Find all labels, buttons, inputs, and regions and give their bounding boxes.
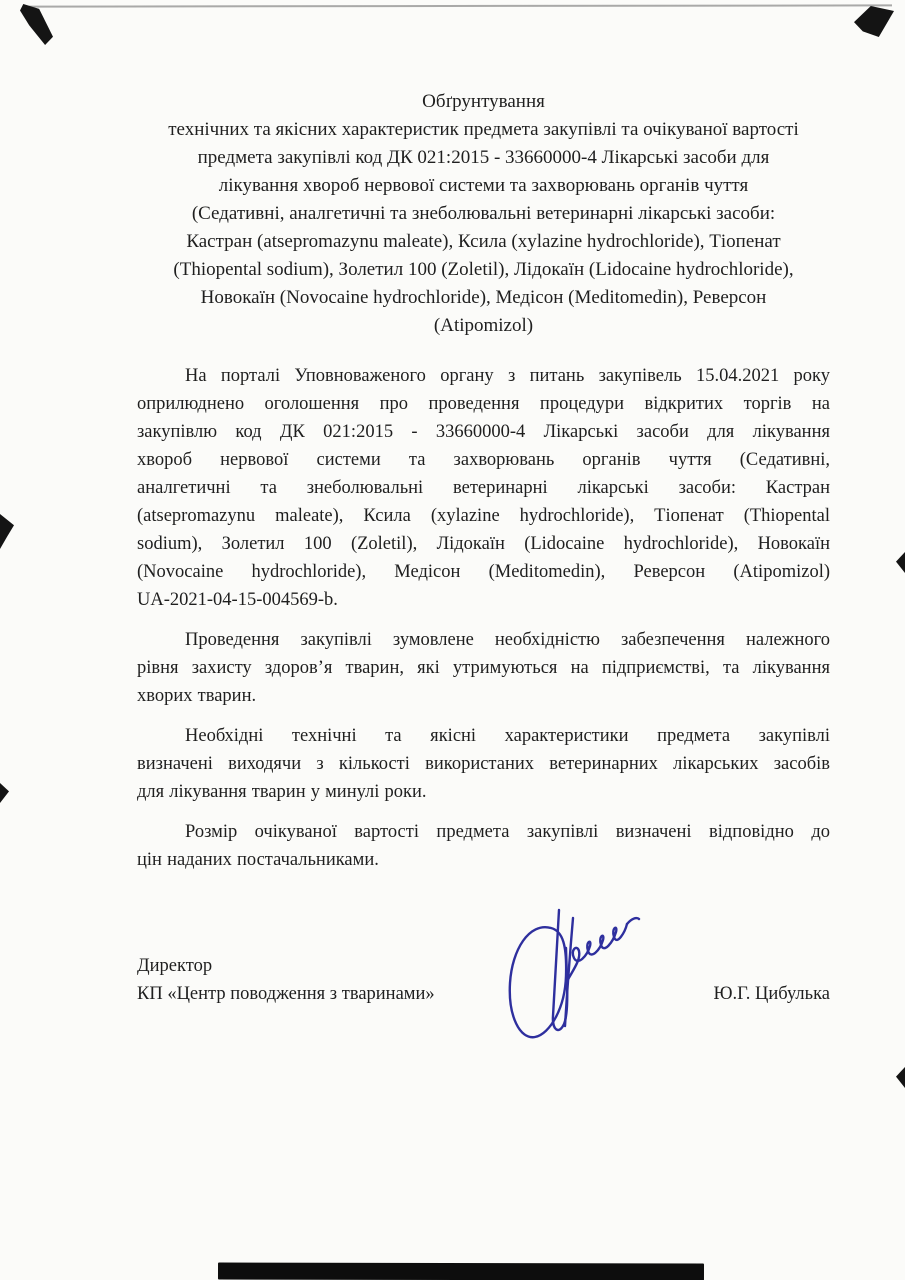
scan-edge-line-top — [28, 4, 892, 7]
title-line: Обґрунтування — [137, 88, 830, 116]
title-line: технічних та якісних характеристик предм… — [137, 116, 830, 144]
title-line: (Thiopental sodium), Золетил 100 (Zoleti… — [137, 256, 830, 284]
signer-role: Директор — [137, 952, 435, 980]
handwritten-signature-icon — [489, 888, 641, 1060]
title-line: лікування хвороб нервової системи та зах… — [137, 172, 830, 200]
signer-name: Ю.Г. Цибулька — [714, 980, 831, 1008]
title-line: (Atipomizol) — [137, 312, 830, 340]
scan-mark-left-upper — [0, 514, 14, 549]
paragraph-line: На порталі Уповноваженого органу з питан… — [137, 362, 830, 390]
paragraph-line: хворих тварин. — [137, 682, 830, 710]
title-line: предмета закупівлі код ДК 021:2015 - 336… — [137, 144, 830, 172]
title-line: Новокаїн (Novocaine hydrochloride), Меді… — [137, 284, 830, 312]
paragraph-line: UA-2021-04-15-004569-b. — [137, 586, 830, 614]
paragraph-line: рівня захисту здоров’я тварин, які утрим… — [137, 654, 830, 682]
paragraph-line: sodium), Золетил 100 (Zoletil), Лідокаїн… — [137, 530, 830, 558]
signer-organization: КП «Центр поводження з тваринами» — [137, 980, 435, 1008]
paragraph-line: визначені виходячи з кількості використа… — [137, 750, 830, 778]
scanned-document-page: Обґрунтування технічних та якісних харак… — [0, 0, 905, 1280]
paragraph-line: хвороб нервової системи та захворювань о… — [137, 446, 830, 474]
scan-mark-top-left — [20, 4, 53, 45]
paragraph: Необхідні технічні та якісні характерист… — [137, 722, 830, 806]
scan-mark-right-upper — [896, 552, 905, 573]
title-line: Кастран (atsepromazynu maleate), Ксила (… — [137, 228, 830, 256]
paragraph-line: Необхідні технічні та якісні характерист… — [137, 722, 830, 750]
document-title: Обґрунтування технічних та якісних харак… — [137, 88, 830, 340]
document-body: Обґрунтування технічних та якісних харак… — [137, 88, 830, 1084]
paragraph-line: Розмір очікуваної вартості предмета заку… — [137, 818, 830, 846]
scan-mark-top-right — [854, 6, 894, 37]
scan-mark-right-lower — [896, 1067, 905, 1088]
paragraph: Розмір очікуваної вартості предмета заку… — [137, 818, 830, 874]
title-line: (Седативні, аналгетичні та знеболювальні… — [137, 200, 830, 228]
signature-block: Директор КП «Центр поводження з тваринам… — [137, 952, 830, 1084]
paragraph-line: для лікування тварин у минулі роки. — [137, 778, 830, 806]
paragraph-line: оприлюднено оголошення про проведення пр… — [137, 390, 830, 418]
paragraph: На порталі Уповноваженого органу з питан… — [137, 362, 830, 614]
paragraph-line: (atsepromazynu maleate), Ксила (xylazine… — [137, 502, 830, 530]
paragraph-line: (Novocaine hydrochloride), Медісон (Medi… — [137, 558, 830, 586]
scan-bar-bottom — [218, 1262, 704, 1280]
paragraph: Проведення закупівлі зумовлене необхідні… — [137, 626, 830, 710]
paragraph-line: закупівлю код ДК 021:2015 - 33660000-4 Л… — [137, 418, 830, 446]
signer-titles: Директор КП «Центр поводження з тваринам… — [137, 952, 435, 1008]
scan-mark-left-lower — [0, 783, 9, 803]
paragraph-line: цін наданих постачальниками. — [137, 846, 830, 874]
paragraph-line: Проведення закупівлі зумовлене необхідні… — [137, 626, 830, 654]
paragraph-line: аналгетичні та знеболювальні ветеринарні… — [137, 474, 830, 502]
